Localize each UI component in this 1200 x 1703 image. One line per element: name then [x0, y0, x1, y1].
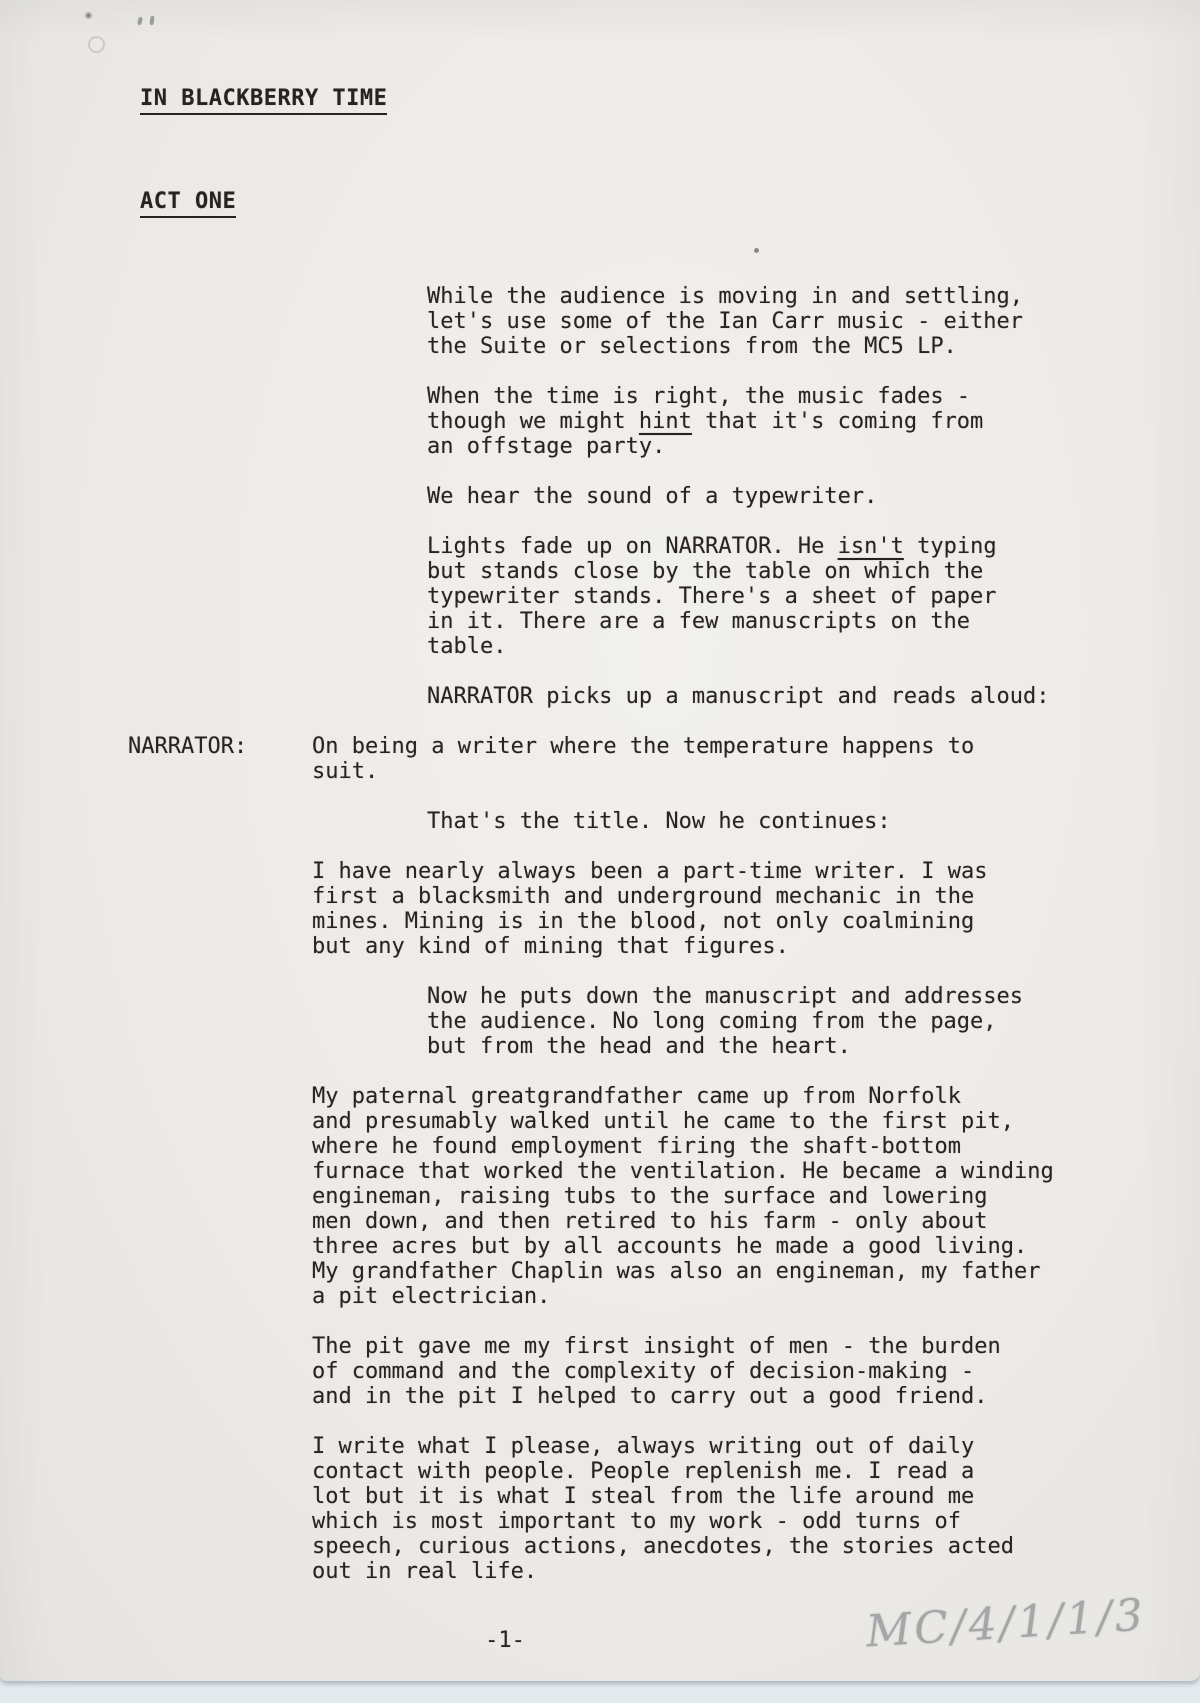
- text-segment: My paternal greatgrandfather came up fro…: [312, 1084, 961, 1109]
- script-line: NARRATOR picks up a manuscript and reads…: [427, 684, 1200, 709]
- script-line: of command and the complexity of decisio…: [312, 1359, 1200, 1384]
- paper-speck: [84, 12, 93, 19]
- text-segment: out in real life.: [312, 1559, 537, 1584]
- underlined-word: isn't: [838, 534, 904, 559]
- script-line: mines. Mining is in the blood, not only …: [312, 909, 1200, 934]
- text-segment: that it's coming from: [692, 409, 983, 434]
- stage-direction-block: NARRATOR picks up a manuscript and reads…: [0, 684, 1200, 709]
- script-line: furnace that worked the ventilation. He …: [312, 1159, 1200, 1184]
- paper-speck: [149, 16, 154, 25]
- script-line: let's use some of the Ian Carr music - e…: [427, 309, 1200, 334]
- text-segment: of command and the complexity of decisio…: [312, 1359, 974, 1384]
- script-title: IN BLACKBERRY TIME: [140, 86, 387, 115]
- dialogue-block: NARRATOR:On being a writer where the tem…: [0, 734, 1200, 784]
- script-line: but any kind of mining that figures.: [312, 934, 1200, 959]
- text-segment: but any kind of mining that figures.: [312, 934, 789, 959]
- dialogue-block: I have nearly always been a part-time wr…: [0, 859, 1200, 959]
- scanner-background: IN BLACKBERRY TIME ACT ONE While the aud…: [0, 0, 1200, 1703]
- dialogue-block: I write what I please, always writing ou…: [0, 1434, 1200, 1584]
- text-segment: the audience. No long coming from the pa…: [427, 1009, 997, 1034]
- text-segment: furnace that worked the ventilation. He …: [312, 1159, 1054, 1184]
- script-line: Now he puts down the manuscript and addr…: [427, 984, 1200, 1009]
- block-text: Now he puts down the manuscript and addr…: [427, 984, 1200, 1059]
- underlined-word: hint: [639, 409, 692, 434]
- text-segment: NARRATOR picks up a manuscript and reads…: [427, 684, 1050, 709]
- text-segment: but stands close by the table on which t…: [427, 559, 983, 584]
- script-line: That's the title. Now he continues:: [427, 809, 1200, 834]
- script-line: engineman, raising tubs to the surface a…: [312, 1184, 1200, 1209]
- paper-speck: [137, 17, 143, 26]
- text-segment: a pit electrician.: [312, 1284, 550, 1309]
- script-line: On being a writer where the temperature …: [312, 734, 1200, 759]
- text-segment: men down, and then retired to his farm -…: [312, 1209, 988, 1234]
- script-line: but stands close by the table on which t…: [427, 559, 1200, 584]
- text-segment: Now he puts down the manuscript and addr…: [427, 984, 1023, 1009]
- text-segment: an offstage party.: [427, 434, 665, 459]
- text-segment: but from the head and the heart.: [427, 1034, 851, 1059]
- text-segment: table.: [427, 634, 506, 659]
- text-segment: speech, curious actions, anecdotes, the …: [312, 1534, 1014, 1559]
- text-segment: where he found employment firing the sha…: [312, 1134, 961, 1159]
- script-line: table.: [427, 634, 1200, 659]
- script-line: typewriter stands. There's a sheet of pa…: [427, 584, 1200, 609]
- script-line: and in the pit I helped to carry out a g…: [312, 1384, 1200, 1409]
- script-line: in it. There are a few manuscripts on th…: [427, 609, 1200, 634]
- script-line: Lights fade up on NARRATOR. He isn't typ…: [427, 534, 1200, 559]
- stage-direction-block: While the audience is moving in and sett…: [0, 284, 1200, 359]
- block-text: NARRATOR picks up a manuscript and reads…: [427, 684, 1200, 709]
- stage-direction-block: Now he puts down the manuscript and addr…: [0, 984, 1200, 1059]
- text-segment: The pit gave me my first insight of men …: [312, 1334, 1001, 1359]
- script-line: first a blacksmith and underground mecha…: [312, 884, 1200, 909]
- text-segment: lot but it is what I steal from the life…: [312, 1484, 974, 1509]
- script-line: out in real life.: [312, 1559, 1200, 1584]
- script-line: The pit gave me my first insight of men …: [312, 1334, 1200, 1359]
- text-segment: let's use some of the Ian Carr music - e…: [427, 309, 1023, 334]
- script-line: the Suite or selections from the MC5 LP.: [427, 334, 1200, 359]
- script-line: an offstage party.: [427, 434, 1200, 459]
- script-line: speech, curious actions, anecdotes, the …: [312, 1534, 1200, 1559]
- text-segment: typewriter stands. There's a sheet of pa…: [427, 584, 997, 609]
- text-segment: mines. Mining is in the blood, not only …: [312, 909, 974, 934]
- text-segment: engineman, raising tubs to the surface a…: [312, 1184, 988, 1209]
- script-line: lot but it is what I steal from the life…: [312, 1484, 1200, 1509]
- text-segment: first a blacksmith and underground mecha…: [312, 884, 974, 909]
- stage-direction-block: We hear the sound of a typewriter.: [0, 484, 1200, 509]
- text-segment: While the audience is moving in and sett…: [427, 284, 1023, 309]
- script-page: IN BLACKBERRY TIME ACT ONE While the aud…: [0, 0, 1200, 1681]
- block-text: That's the title. Now he continues:: [427, 809, 1200, 834]
- script-line: My grandfather Chaplin was also an engin…: [312, 1259, 1200, 1284]
- block-text: Lights fade up on NARRATOR. He isn't typ…: [427, 534, 1200, 659]
- block-text: My paternal greatgrandfather came up fro…: [312, 1084, 1200, 1309]
- text-segment: I have nearly always been a part-time wr…: [312, 859, 988, 884]
- script-line: but from the head and the heart.: [427, 1034, 1200, 1059]
- paper-speck: [754, 248, 759, 253]
- dialogue-block: My paternal greatgrandfather came up fro…: [0, 1084, 1200, 1309]
- text-segment: though we might: [427, 409, 639, 434]
- block-text: I write what I please, always writing ou…: [312, 1434, 1200, 1584]
- block-text: I have nearly always been a part-time wr…: [312, 859, 1200, 959]
- script-body: While the audience is moving in and sett…: [0, 284, 1200, 1609]
- script-line: the audience. No long coming from the pa…: [427, 1009, 1200, 1034]
- text-segment: I write what I please, always writing ou…: [312, 1434, 974, 1459]
- text-segment: We hear the sound of a typewriter.: [427, 484, 877, 509]
- paper-smudge-ring: [88, 36, 105, 53]
- text-segment: the Suite or selections from the MC5 LP.: [427, 334, 957, 359]
- script-line: which is most important to my work - odd…: [312, 1509, 1200, 1534]
- page-number: -1-: [445, 1628, 565, 1653]
- block-text: When the time is right, the music fades …: [427, 384, 1200, 459]
- speaker-label: NARRATOR:: [128, 734, 247, 759]
- text-segment: On being a writer where the temperature …: [312, 734, 974, 759]
- act-heading: ACT ONE: [140, 189, 236, 218]
- text-segment: and presumably walked until he came to t…: [312, 1109, 1014, 1134]
- script-line: When the time is right, the music fades …: [427, 384, 1200, 409]
- text-segment: in it. There are a few manuscripts on th…: [427, 609, 970, 634]
- text-segment: contact with people. People replenish me…: [312, 1459, 974, 1484]
- script-line: and presumably walked until he came to t…: [312, 1109, 1200, 1134]
- script-line: though we might hint that it's coming fr…: [427, 409, 1200, 434]
- text-segment: and in the pit I helped to carry out a g…: [312, 1384, 988, 1409]
- dialogue-block: The pit gave me my first insight of men …: [0, 1334, 1200, 1409]
- script-line: suit.: [312, 759, 1200, 784]
- stage-direction-block: When the time is right, the music fades …: [0, 384, 1200, 459]
- text-segment: which is most important to my work - odd…: [312, 1509, 961, 1534]
- script-line: I write what I please, always writing ou…: [312, 1434, 1200, 1459]
- text-segment: typing: [904, 534, 997, 559]
- text-segment: My grandfather Chaplin was also an engin…: [312, 1259, 1040, 1284]
- script-line: three acres but by all accounts he made …: [312, 1234, 1200, 1259]
- text-segment: When the time is right, the music fades …: [427, 384, 970, 409]
- script-line: We hear the sound of a typewriter.: [427, 484, 1200, 509]
- stage-direction-block: That's the title. Now he continues:: [0, 809, 1200, 834]
- script-line: men down, and then retired to his farm -…: [312, 1209, 1200, 1234]
- block-text: The pit gave me my first insight of men …: [312, 1334, 1200, 1409]
- block-text: We hear the sound of a typewriter.: [427, 484, 1200, 509]
- script-line: contact with people. People replenish me…: [312, 1459, 1200, 1484]
- text-segment: three acres but by all accounts he made …: [312, 1234, 1027, 1259]
- script-line: My paternal greatgrandfather came up fro…: [312, 1084, 1200, 1109]
- text-segment: suit.: [312, 759, 378, 784]
- script-line: where he found employment firing the sha…: [312, 1134, 1200, 1159]
- block-text: While the audience is moving in and sett…: [427, 284, 1200, 359]
- script-line: a pit electrician.: [312, 1284, 1200, 1309]
- block-text: On being a writer where the temperature …: [312, 734, 1200, 784]
- text-segment: That's the title. Now he continues:: [427, 809, 891, 834]
- script-line: I have nearly always been a part-time wr…: [312, 859, 1200, 884]
- stage-direction-block: Lights fade up on NARRATOR. He isn't typ…: [0, 534, 1200, 659]
- text-segment: Lights fade up on NARRATOR. He: [427, 534, 838, 559]
- script-line: While the audience is moving in and sett…: [427, 284, 1200, 309]
